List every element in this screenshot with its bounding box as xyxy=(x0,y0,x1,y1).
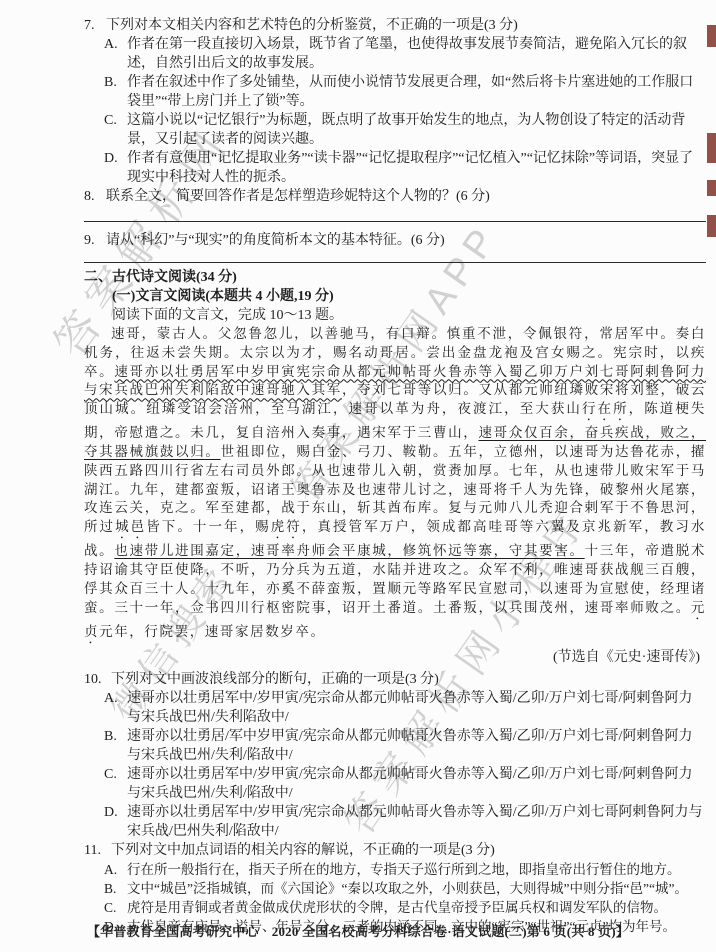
question-stem: 下列对文中画波浪线部分的断句，正确的一项是(3 分) xyxy=(111,670,706,689)
option-label: B. xyxy=(104,879,127,898)
option-label: A. xyxy=(104,860,127,879)
question-number: 8. xyxy=(84,187,106,206)
question-number: 9. xyxy=(84,231,106,250)
option-label: D. xyxy=(104,149,127,187)
question-10-option-c: C. 速哥亦以壮勇居军中/岁甲寅/宪宗命从都元帅帖哥火鲁赤等入蜀/乙卯/万户刘七… xyxy=(104,765,706,803)
option-text: 这篇小说以“记忆银行”为标题，既点明了故事开始发生的地点，为人物创设了特定的活动… xyxy=(127,111,706,149)
passage-segment-dotted: 行在所 xyxy=(582,401,629,416)
classical-passage: 速哥，蒙古人。父忽鲁忽儿，以善驰马，有口辩。慎重不泄，令佩银符，常居军中。奏白机… xyxy=(84,325,706,647)
question-10-option-d: D. 速哥亦以壮勇居军中/岁甲寅/宪宗命从都元帅帖哥火鲁赤等入蜀/乙卯/万户刘七… xyxy=(104,803,706,841)
option-text: 速哥亦以壮勇居/军中岁甲寅/宪宗命从都元帅帖哥火鲁赤等入蜀/乙卯/万户刘七哥/阿… xyxy=(127,727,706,765)
option-label: A. xyxy=(104,35,127,73)
question-7-option-d: D. 作者有意使用“记忆提取业务”“读卡器”“记忆提取程序”“记忆植入”“记忆抹… xyxy=(104,149,706,187)
passage-segment-dotted: 虎符 xyxy=(271,519,302,534)
question-7-option-b: B. 作者在叙述中作了多处铺垫，从而使小说情节发展更合理，如“然后将卡片塞进她的… xyxy=(104,73,706,111)
passage-segment: 元年，行院罢，速哥家居数岁卒。 xyxy=(99,624,326,639)
option-text: 速哥亦以壮勇居军中/岁甲寅/宪宗命从都元帅帖哥火鲁赤等入蜀/乙卯/万户刘七哥/阿… xyxy=(127,689,706,727)
passage-segment-underlined: 也速带儿进围嘉定，速哥率舟师会平康城，修筑怀远等寨，守其要害。 xyxy=(114,543,584,558)
scan-artifact xyxy=(707,25,716,47)
option-label: C. xyxy=(104,765,127,803)
option-label: C. xyxy=(104,111,127,149)
question-11-option-a: A. 行在所一般指行在，指天子所在的地方，专指天子巡行所到之地，即指皇帝出行暂住… xyxy=(104,860,706,879)
option-text: 作者在叙述中作了多处铺垫，从而使小说情节发展更合理，如“然后将卡片塞进她的工作服… xyxy=(127,73,706,111)
option-text: 虎符是用青铜或者黄金做成伏虎形状的令牌，是古代皇帝授予臣属兵权和调发军队的信物。 xyxy=(127,898,706,917)
option-text: 作者有意使用“记忆提取业务”“读卡器”“记忆提取程序”“记忆植入”“记忆抹除”等… xyxy=(127,149,706,187)
question-10-option-a: A. 速哥亦以壮勇居军中/岁甲寅/宪宗命从都元帅帖哥火鲁赤等入蜀/乙卯/万户刘七… xyxy=(104,689,706,727)
question-number: 10. xyxy=(84,670,111,689)
answer-divider xyxy=(84,221,706,222)
option-label: D. xyxy=(104,803,127,841)
subsection-title: (一)文言文阅读(本题共 4 小题,19 分) xyxy=(112,287,706,306)
question-11-option-c: C. 虎符是用青铜或者黄金做成伏虎形状的令牌，是古代皇帝授予臣属兵权和调发军队的… xyxy=(104,898,706,917)
scan-artifact xyxy=(707,215,716,237)
question-stem: 下列对文中加点词语的相关内容的解说，不正确的一项是(3 分) xyxy=(111,841,706,860)
passage-intro: 阅读下面的文言文，完成 10～13 题。 xyxy=(112,306,706,325)
option-label: B. xyxy=(104,73,127,111)
option-text: 速哥亦以壮勇居军中/岁甲寅/宪宗命从都元帅帖哥火鲁赤等入蜀/乙卯/万户刘七哥/阿… xyxy=(127,765,706,803)
option-text: 行在所一般指行在，指天子所在的地方，专指天子巡行所到之地，即指皇帝出行暂住的地方… xyxy=(127,860,706,879)
question-10: 10. 下列对文中画波浪线部分的断句，正确的一项是(3 分) A. 速哥亦以壮勇… xyxy=(84,670,706,841)
passage-segment: 皆下。十一年，赐 xyxy=(146,519,271,534)
option-label: B. xyxy=(104,727,127,765)
page-footer: 【华普教育全国高考研究中心 2020 全国名校高考分科综合卷·语文试题(二)第 … xyxy=(0,921,716,940)
option-text: 作者在第一段直接切入场景，既节省了笔墨，也使得故事发展节奏简洁，避免陷入冗长的叙… xyxy=(127,35,706,73)
section-title: 二、古代诗文阅读(34 分) xyxy=(84,268,706,287)
option-label: C. xyxy=(104,898,127,917)
question-11-option-b: B. 文中“城邑”泛指城镇，而《六国论》“秦以攻取之外，小则获邑，大则得城”中则… xyxy=(104,879,706,898)
exam-page: 答案解析网 答案解析网APP 微信搜索 答案解析网小程序 7. 下列对本文相关内… xyxy=(0,0,716,952)
question-10-option-b: B. 速哥亦以壮勇居/军中岁甲寅/宪宗命从都元帅帖哥火鲁赤等入蜀/乙卯/万户刘七… xyxy=(104,727,706,765)
question-7: 7. 下列对本文相关内容和艺术特色的分析鉴赏，不正确的一项是(3 分) A. 作… xyxy=(84,16,706,187)
question-stem: 联系全文，简要回答作者是怎样塑造珍妮特这个人物的？(6 分) xyxy=(106,187,706,206)
option-text: 速哥亦以壮勇居军中/岁甲寅/宪宗命从都元帅帖哥火鲁赤等入蜀/乙卯/万户刘七哥阿剌… xyxy=(127,803,706,841)
question-8: 8. 联系全文，简要回答作者是怎样塑造珍妮特这个人物的？(6 分) xyxy=(84,187,706,206)
passage-segment-dotted: 城邑 xyxy=(115,519,146,534)
passage-source: (节选自《元史·速哥传》) xyxy=(84,648,706,667)
scan-artifact xyxy=(707,133,716,163)
page-content: 7. 下列对本文相关内容和艺术特色的分析鉴赏，不正确的一项是(3 分) A. 作… xyxy=(0,0,716,936)
option-text: 文中“城邑”泛指城镇，而《六国论》“秦以攻取之外，小则获邑，大则得城”中则分指“… xyxy=(127,879,706,898)
question-stem: 下列对本文相关内容和艺术特色的分析鉴赏，不正确的一项是(3 分) xyxy=(106,16,706,35)
option-label: A. xyxy=(104,689,127,727)
question-7-option-a: A. 作者在第一段直接切入场景，既节省了笔墨，也使得故事发展节奏简洁，避免陷入冗… xyxy=(104,35,706,73)
question-number: 11. xyxy=(84,841,111,860)
scan-artifact xyxy=(707,180,716,196)
question-stem: 请从“科幻”与“现实”的角度简析本文的基本特征。(6 分) xyxy=(106,231,706,250)
section-divider xyxy=(84,262,706,263)
question-7-option-c: C. 这篇小说以“记忆银行”为标题，既点明了故事开始发生的地点，为人物创设了特定… xyxy=(104,111,706,149)
question-number: 7. xyxy=(84,16,106,35)
question-9: 9. 请从“科幻”与“现实”的角度简析本文的基本特征。(6 分) xyxy=(84,231,706,250)
